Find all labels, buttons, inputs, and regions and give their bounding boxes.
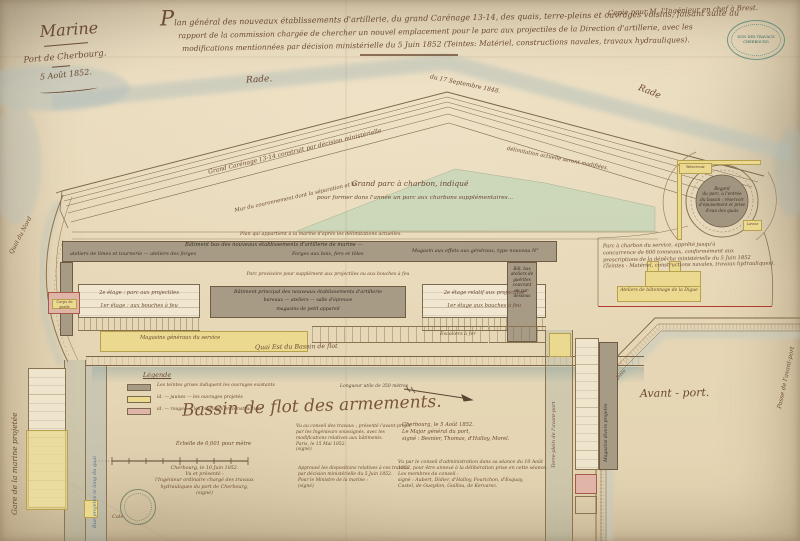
band-left-label: ateliers de limes et tournerie — atelier… [70,251,290,257]
cale-label: Cale. [112,514,152,521]
digue-workshop-label: Ateliers de bâtonnage de la Digue [619,288,699,294]
coal-note: Parc à charbon du service, apprêté jusqu… [603,240,779,270]
legend-swatch-yellow [127,396,151,403]
band-mid-label: Forges aux bois, fers et tôles [292,251,422,257]
building-principal-line1: Bâtiment principal des nouveaux établiss… [214,289,402,295]
building-principal-note: Parc provisoire pour supplément aux proj… [213,272,443,278]
legend-swatch-pink [127,408,151,415]
scanned-plan-sheet: DON DES TRAVAUX CHERBOURG Marine Port de… [0,0,800,541]
pier-comb-west [78,318,200,331]
red-quay-line [598,306,772,307]
outline-block-se [575,496,597,514]
magasins-label: Magasins généraux du service [140,335,290,342]
terre-plein-label: Terre-plein de l'avant-port [551,336,558,468]
building-west-line2: 1er étage : aux bouches à feu [82,303,196,310]
building-principal-line3: magasins de petit appareil [214,307,402,313]
coal-park-line2: pour former dans l'année un parc aux cha… [280,195,550,203]
scale-bar [96,457,248,465]
stairs-note: Escaliers à fer [440,331,530,337]
band-right-label: Magasin aux effets aux généraux, type no… [412,248,554,254]
building-principal-line2: bureaux — ateliers — salle d'épreuve [214,298,402,304]
signature-right-2: Vu par le conseil d'administration dans … [398,460,613,491]
legend-row-grey: Les teintes grises indiquent les ouvrage… [157,383,367,389]
boundary-note: Plan qui appartient à la marine d'après … [240,232,500,238]
signature-left: Cherbourg, le 10 Juin 1852. Vu et présen… [132,466,277,497]
reservoir-label: Réservoir [679,165,712,170]
legend-row-yellow: id. — jaunes — les ouvrages projetés [157,395,367,401]
projected-street-label: Rue projetée le long du quai [92,368,99,528]
legend-swatch-grey [127,384,151,391]
building-west-line1: 2e étage : parc aux projectiles [82,290,196,297]
projected-yellow-overlay [26,430,68,510]
avant-port-label: Avant - port. [640,385,770,402]
coal-park-line1: Grand parc à charbon, indiqué [300,179,520,189]
east-warehouse-column [575,338,599,470]
band-header: Bâtiment bas des nouveaux établissements… [185,242,445,249]
guardhouse-strip-label: Bât. bas ateliers de guérites couvrant e… [508,266,536,299]
scale-caption: Échelle de 0,001 pour mètre [136,441,291,448]
magasins-projetes-label: Magasins divers projetés [604,344,610,462]
digue-workshop-mid [645,271,701,287]
tower-label: Regard du parc, à l'entrée du bassin ; r… [697,186,747,213]
legend-title: Légende [126,371,188,379]
signature-right-1: Cherbourg, le 5 Août 1852. Le Major géné… [402,422,582,442]
gare-label: Gare de la marine projetée [10,365,20,515]
guard-label: Corps de garde [52,300,77,309]
tower-frame-left [677,165,682,240]
lavoir-label: Lavoir [743,222,762,227]
legend-row-pink: id. — rouges — les ouvrages en construct… [157,407,367,413]
building-east-line2: 1er étage aux bouches à feu [426,303,542,310]
